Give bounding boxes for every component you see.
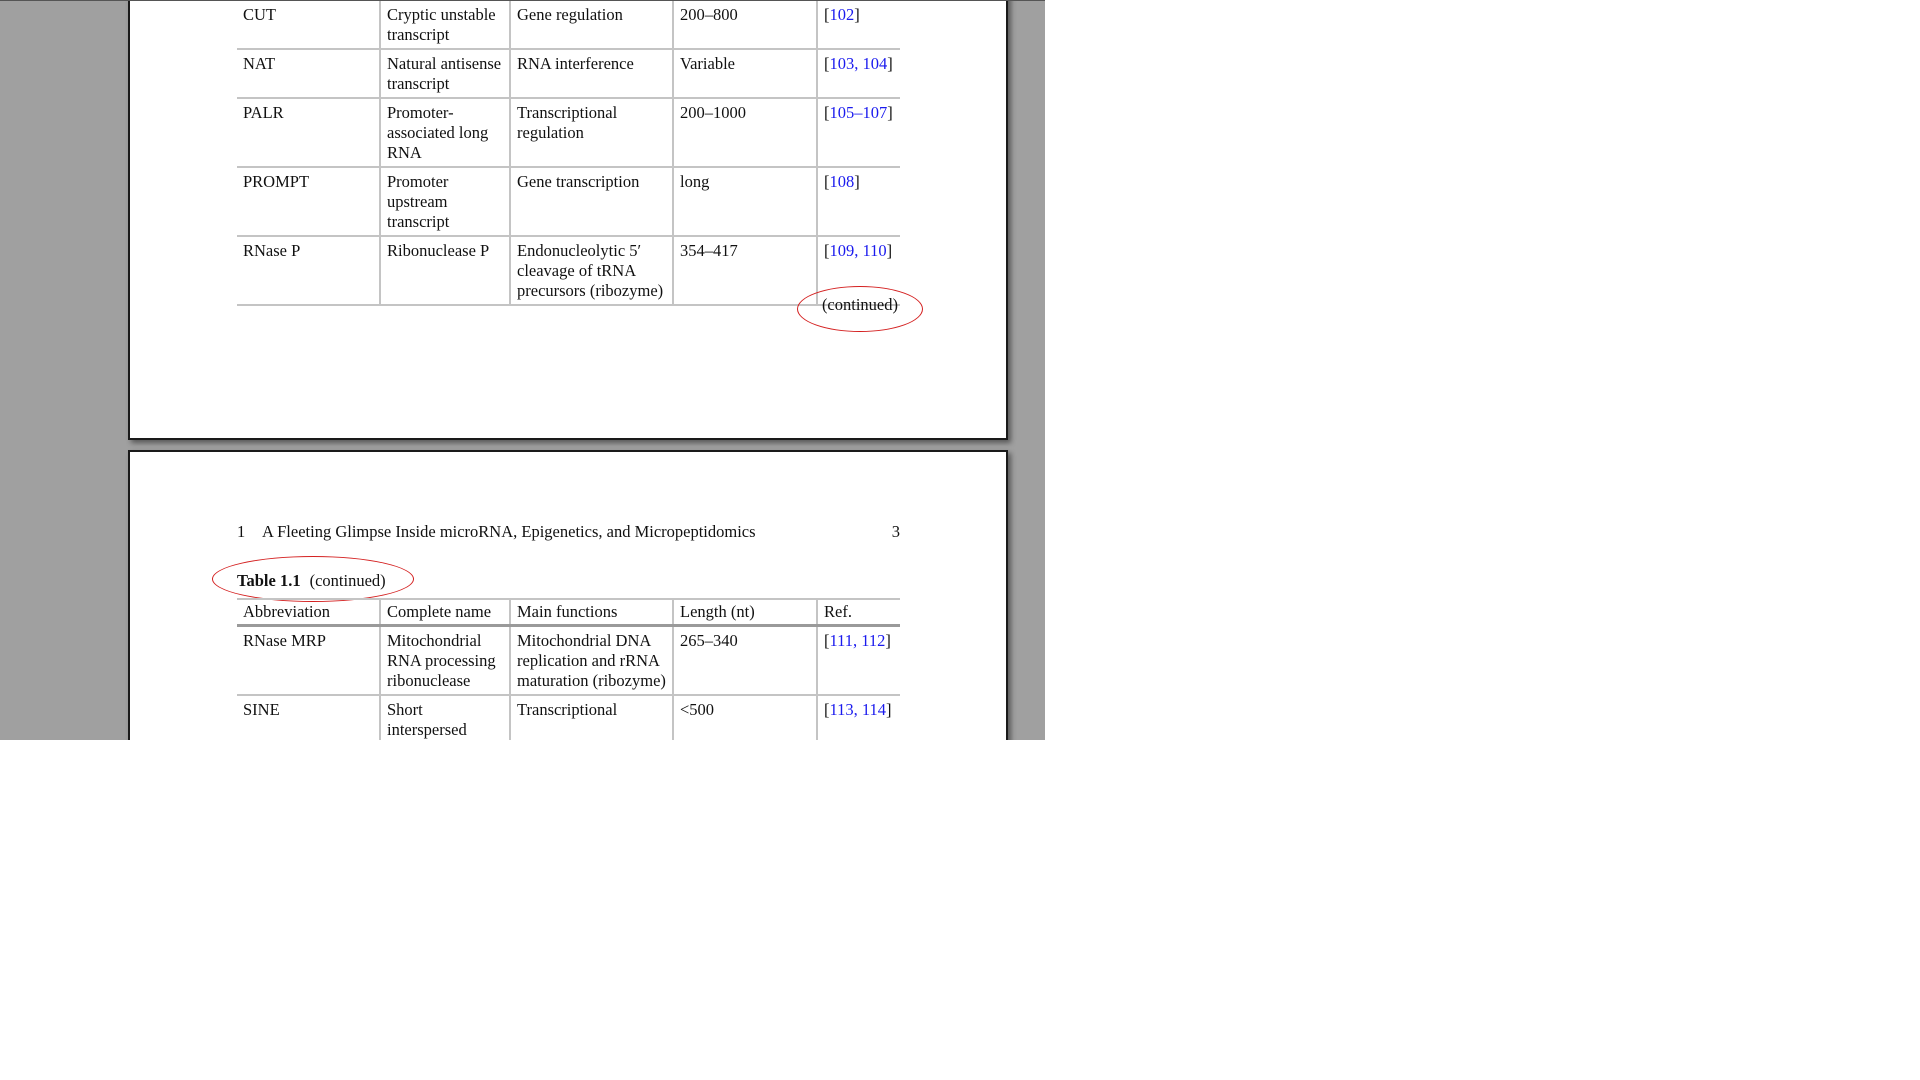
cell-main-functions: RNA interference xyxy=(510,49,673,98)
cell-ref: [105–107] xyxy=(817,98,900,167)
cell-complete-name: Short interspersed xyxy=(380,695,510,740)
column-header-main-functions: Main functions xyxy=(510,599,673,626)
table-continued-note: (continued) xyxy=(822,295,898,315)
cell-complete-name: Mitochondrial RNA processing ribonucleas… xyxy=(380,626,510,696)
cell-ref: [102] xyxy=(817,0,900,49)
cell-abbreviation: PALR xyxy=(237,98,380,167)
citation-link[interactable]: 105–107 xyxy=(830,103,888,122)
column-header-length: Length (nt) xyxy=(673,599,817,626)
cell-length: 200–800 xyxy=(673,0,817,49)
citation-link[interactable]: 108 xyxy=(830,172,855,191)
citation-link[interactable]: 102 xyxy=(830,5,855,24)
table-row: CUT Cryptic unstable transcript Gene reg… xyxy=(237,0,900,49)
table-header-row: Abbreviation Complete name Main function… xyxy=(237,599,900,626)
cell-length: 354–417 xyxy=(673,236,817,305)
cell-abbreviation: NAT xyxy=(237,49,380,98)
cell-main-functions: Gene transcription xyxy=(510,167,673,236)
cell-length: long xyxy=(673,167,817,236)
cell-ref: [108] xyxy=(817,167,900,236)
cell-ref: [103, 104] xyxy=(817,49,900,98)
cell-main-functions: Gene regulation xyxy=(510,0,673,49)
page-number: 3 xyxy=(892,522,900,542)
table-row: SINE Short interspersed Transcriptional … xyxy=(237,695,900,740)
cell-main-functions: Transcriptional xyxy=(510,695,673,740)
pdf-page-2: CUT Cryptic unstable transcript Gene reg… xyxy=(128,0,1008,440)
cell-ref: [111, 112] xyxy=(817,626,900,696)
cell-length: Variable xyxy=(673,49,817,98)
cell-length: <500 xyxy=(673,695,817,740)
table-label: Table 1.1 xyxy=(237,571,301,590)
chapter-title: A Fleeting Glimpse Inside microRNA, Epig… xyxy=(262,522,756,541)
citation-link[interactable]: 113, 114 xyxy=(830,700,887,719)
cell-main-functions: Transcriptional regulation xyxy=(510,98,673,167)
table-row: PROMPT Promoter upstream transcript Gene… xyxy=(237,167,900,236)
column-header-complete-name: Complete name xyxy=(380,599,510,626)
chapter-number: 1 xyxy=(237,522,262,542)
column-header-ref: Ref. xyxy=(817,599,900,626)
table-row: PALR Promoter-associated long RNA Transc… xyxy=(237,98,900,167)
pdf-viewer-canvas[interactable]: CUT Cryptic unstable transcript Gene reg… xyxy=(0,0,1045,740)
cell-complete-name: Ribonuclease P xyxy=(380,236,510,305)
pdf-page-3: 1A Fleeting Glimpse Inside microRNA, Epi… xyxy=(128,450,1008,740)
cell-abbreviation: CUT xyxy=(237,0,380,49)
table-caption: Table 1.1(continued) xyxy=(237,571,386,591)
table-1-1-part-1: CUT Cryptic unstable transcript Gene reg… xyxy=(237,0,900,306)
table-caption-note: (continued) xyxy=(310,571,386,590)
cell-abbreviation: RNase MRP xyxy=(237,626,380,696)
cell-main-functions: Mitochondrial DNA replication and rRNA m… xyxy=(510,626,673,696)
cell-complete-name: Promoter upstream transcript xyxy=(380,167,510,236)
table-row: NAT Natural antisense transcript RNA int… xyxy=(237,49,900,98)
cell-abbreviation: PROMPT xyxy=(237,167,380,236)
cell-main-functions: Endonucleolytic 5′ cleavage of tRNA prec… xyxy=(510,236,673,305)
citation-link[interactable]: 111, 112 xyxy=(830,631,886,650)
cell-length: 265–340 xyxy=(673,626,817,696)
citation-link[interactable]: 103, 104 xyxy=(830,54,888,73)
cell-abbreviation: RNase P xyxy=(237,236,380,305)
cell-complete-name: Promoter-associated long RNA xyxy=(380,98,510,167)
citation-link[interactable]: 109, 110 xyxy=(830,241,887,260)
table-1-1-part-2: Abbreviation Complete name Main function… xyxy=(237,598,900,740)
cell-length: 200–1000 xyxy=(673,98,817,167)
cell-abbreviation: SINE xyxy=(237,695,380,740)
running-head: 1A Fleeting Glimpse Inside microRNA, Epi… xyxy=(237,522,900,542)
cell-ref: [113, 114] xyxy=(817,695,900,740)
table-row: RNase P Ribonuclease P Endonucleolytic 5… xyxy=(237,236,900,305)
table-row: RNase MRP Mitochondrial RNA processing r… xyxy=(237,626,900,696)
cell-complete-name: Cryptic unstable transcript xyxy=(380,0,510,49)
column-header-abbreviation: Abbreviation xyxy=(237,599,380,626)
cell-complete-name: Natural antisense transcript xyxy=(380,49,510,98)
